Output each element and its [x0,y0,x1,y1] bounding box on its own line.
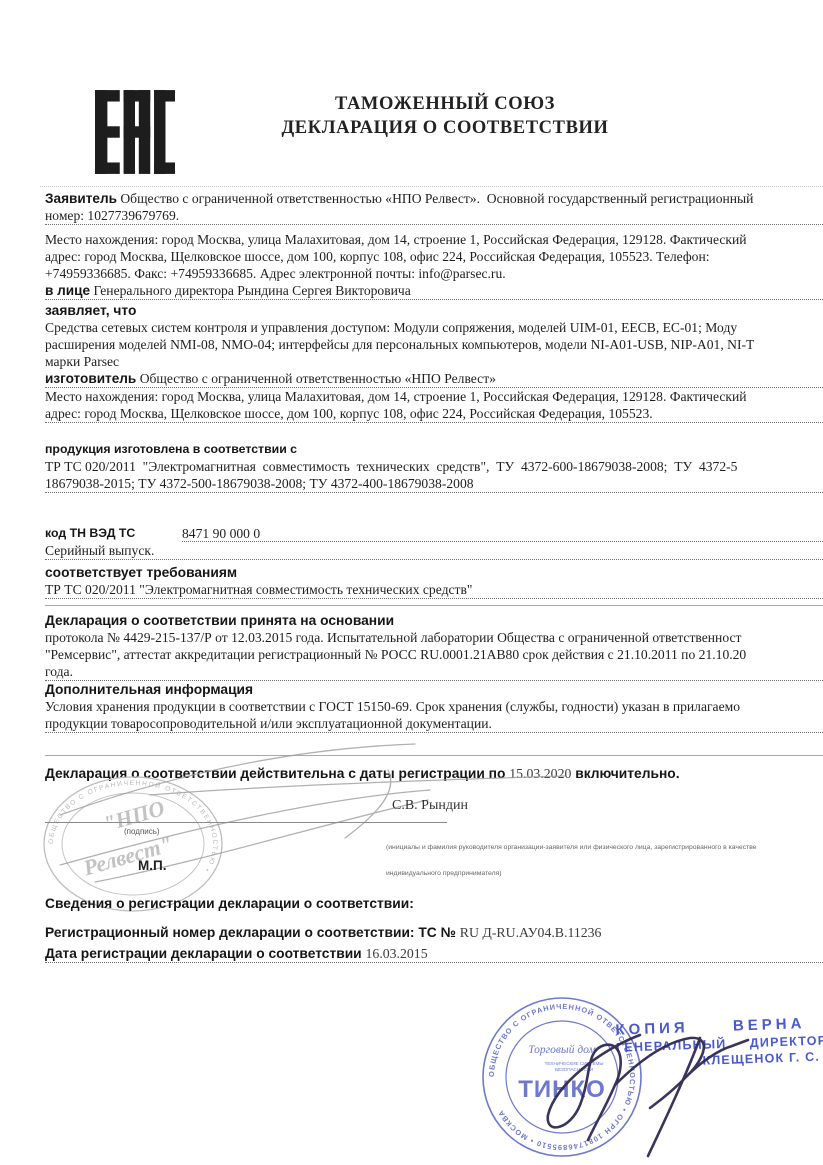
separator-1 [45,605,823,606]
tu-line-2: 18679038-2015; ТУ 4372-500-18679038-2008… [45,475,823,493]
additional-line-1: Условия хранения продукции в соответстви… [45,698,823,715]
applicant-line: Заявитель Общество с ограниченной ответс… [45,190,823,207]
director-signature [500,1010,800,1165]
registration-date: 16.03.2015 [366,946,428,961]
product-line-2: расширения моделей NMI-08, NMO-04; интер… [45,336,823,353]
registration-number: RU Д-RU.АУ04.В.11236 [460,925,602,940]
product-line-3: марки Parsec [45,353,823,370]
basis-line-1: протокола № 4429-215-137/Р от 12.03.2015… [45,629,823,646]
tnved-row: код ТН ВЭД ТС 8471 90 000 0 [45,525,823,542]
in-person-label: в лице [45,283,90,298]
tnved-value: 8471 90 000 0 [182,525,823,542]
podpis-caption: (подпись) [124,827,160,836]
applicant-address-2: адрес: город Москва, Щелковское шоссе, д… [45,248,823,265]
declares-heading: заявляет, что [45,302,823,319]
basis-heading: Декларация о соответствии принята на осн… [45,612,823,629]
applicant-ogrn: номер: 1027739679769. [45,207,823,225]
manufacturer-label: изготовитель [45,371,136,386]
additional-line-2: продукции товаросопроводительной и/или э… [45,715,823,733]
registration-number-row: Регистрационный номер декларации о соотв… [45,924,823,941]
registration-date-row: Дата регистрации декларации о соответств… [45,945,823,963]
serial-line: Серийный выпуск. [45,542,823,560]
declaration-document: ТАМОЖЕННЫЙ СОЮЗ ДЕКЛАРАЦИЯ О СООТВЕТСТВИ… [0,0,823,1165]
complies-heading: соответствует требованиям [45,564,823,581]
made-in-accordance-heading: продукция изготовлена в соответствии с [45,441,823,458]
top-separator [40,186,823,187]
complies-value: ТР ТС 020/2011 "Электромагнитная совмест… [45,581,823,599]
basis-line-3: года. [45,663,823,681]
signer-name: С.В. Рындин [392,798,468,814]
registration-block: Сведения о регистрации декларации о соот… [45,895,823,963]
mp-mark: М.П. [138,858,166,873]
applicant-address-1: Место нахождения: город Москва, улица Ма… [45,231,823,248]
document-body: Заявитель Общество с ограниченной ответс… [45,190,823,784]
in-person-line: в лице Генерального директора Рындина Се… [45,282,823,300]
tnved-label: код ТН ВЭД ТС [45,525,182,542]
tu-line-1: ТР ТС 020/2011 "Электромагнитная совмест… [45,458,823,475]
title-line-2: ДЕКЛАРАЦИЯ О СООТВЕТСТВИИ [130,116,760,140]
signature-line [45,822,447,823]
applicant-label: Заявитель [45,191,117,206]
signer-caption: (инициалы и фамилия руководителя организ… [386,827,757,895]
title-line-1: ТАМОЖЕННЫЙ СОЮЗ [130,92,760,116]
basis-line-2: "Ремсервис", аттестат аккредитации регис… [45,646,823,663]
manufacturer-line: изготовитель Общество с ограниченной отв… [45,370,823,388]
product-line-1: Средства сетевых систем контроля и управ… [45,319,823,336]
additional-heading: Дополнительная информация [45,681,823,698]
manufacturer-address-1: Место нахождения: город Москва, улица Ма… [45,388,823,405]
manufacturer-address-2: адрес: город Москва, Щелковское шоссе, д… [45,405,823,423]
document-title: ТАМОЖЕННЫЙ СОЮЗ ДЕКЛАРАЦИЯ О СООТВЕТСТВИ… [130,92,760,140]
registration-heading: Сведения о регистрации декларации о соот… [45,895,823,912]
applicant-address-3: +74959336685. Факс: +74959336685. Адрес … [45,265,823,282]
